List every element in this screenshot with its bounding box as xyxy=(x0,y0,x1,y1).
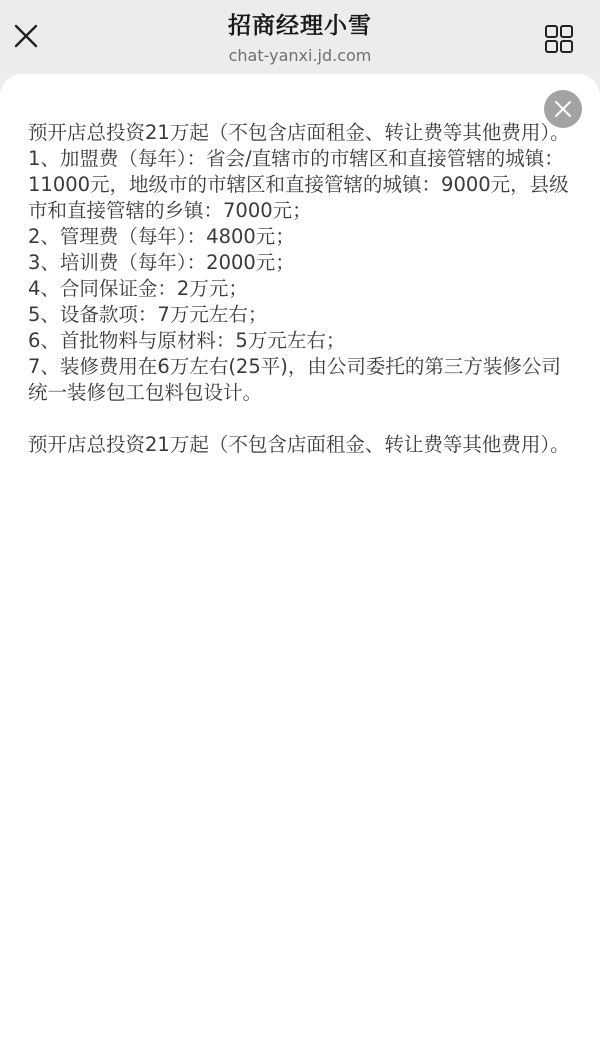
fee-item-1: 1、加盟费（每年）：省会/直辖市的市辖区和直接管辖的城镇：11000元，地级市的… xyxy=(28,146,576,224)
more-menu-button[interactable] xyxy=(544,24,574,54)
top-bar: 招商经理小雪 chat-yanxi.jd.com xyxy=(0,0,600,80)
outro-text: 预开店总投资21万起（不包含店面租金、转让费等其他费用）。 xyxy=(28,432,576,458)
page-domain: chat-yanxi.jd.com xyxy=(0,44,600,68)
intro-text: 预开店总投资21万起（不包含店面租金、转让费等其他费用）。 xyxy=(28,120,576,146)
fee-item-5: 5、设备款项：7万元左右； xyxy=(28,302,576,328)
close-circle-icon xyxy=(553,99,573,119)
spacer xyxy=(28,406,576,432)
grid-menu-icon xyxy=(544,24,574,54)
fee-item-2: 2、管理费（每年）：4800元； xyxy=(28,224,576,250)
fee-item-3: 3、培训费（每年）：2000元； xyxy=(28,250,576,276)
fee-item-6: 6、首批物料与原材料：5万元左右； xyxy=(28,328,576,354)
page-title: 招商经理小雪 xyxy=(0,10,600,42)
title-block: 招商经理小雪 chat-yanxi.jd.com xyxy=(0,10,600,68)
fee-item-7: 7、装修费用在6万左右(25平)，由公司委托的第三方装修公司统一装修包工包料包设… xyxy=(28,354,576,406)
message-content: 预开店总投资21万起（不包含店面租金、转让费等其他费用）。 1、加盟费（每年）：… xyxy=(28,120,576,458)
fee-item-4: 4、合同保证金：2万元； xyxy=(28,276,576,302)
